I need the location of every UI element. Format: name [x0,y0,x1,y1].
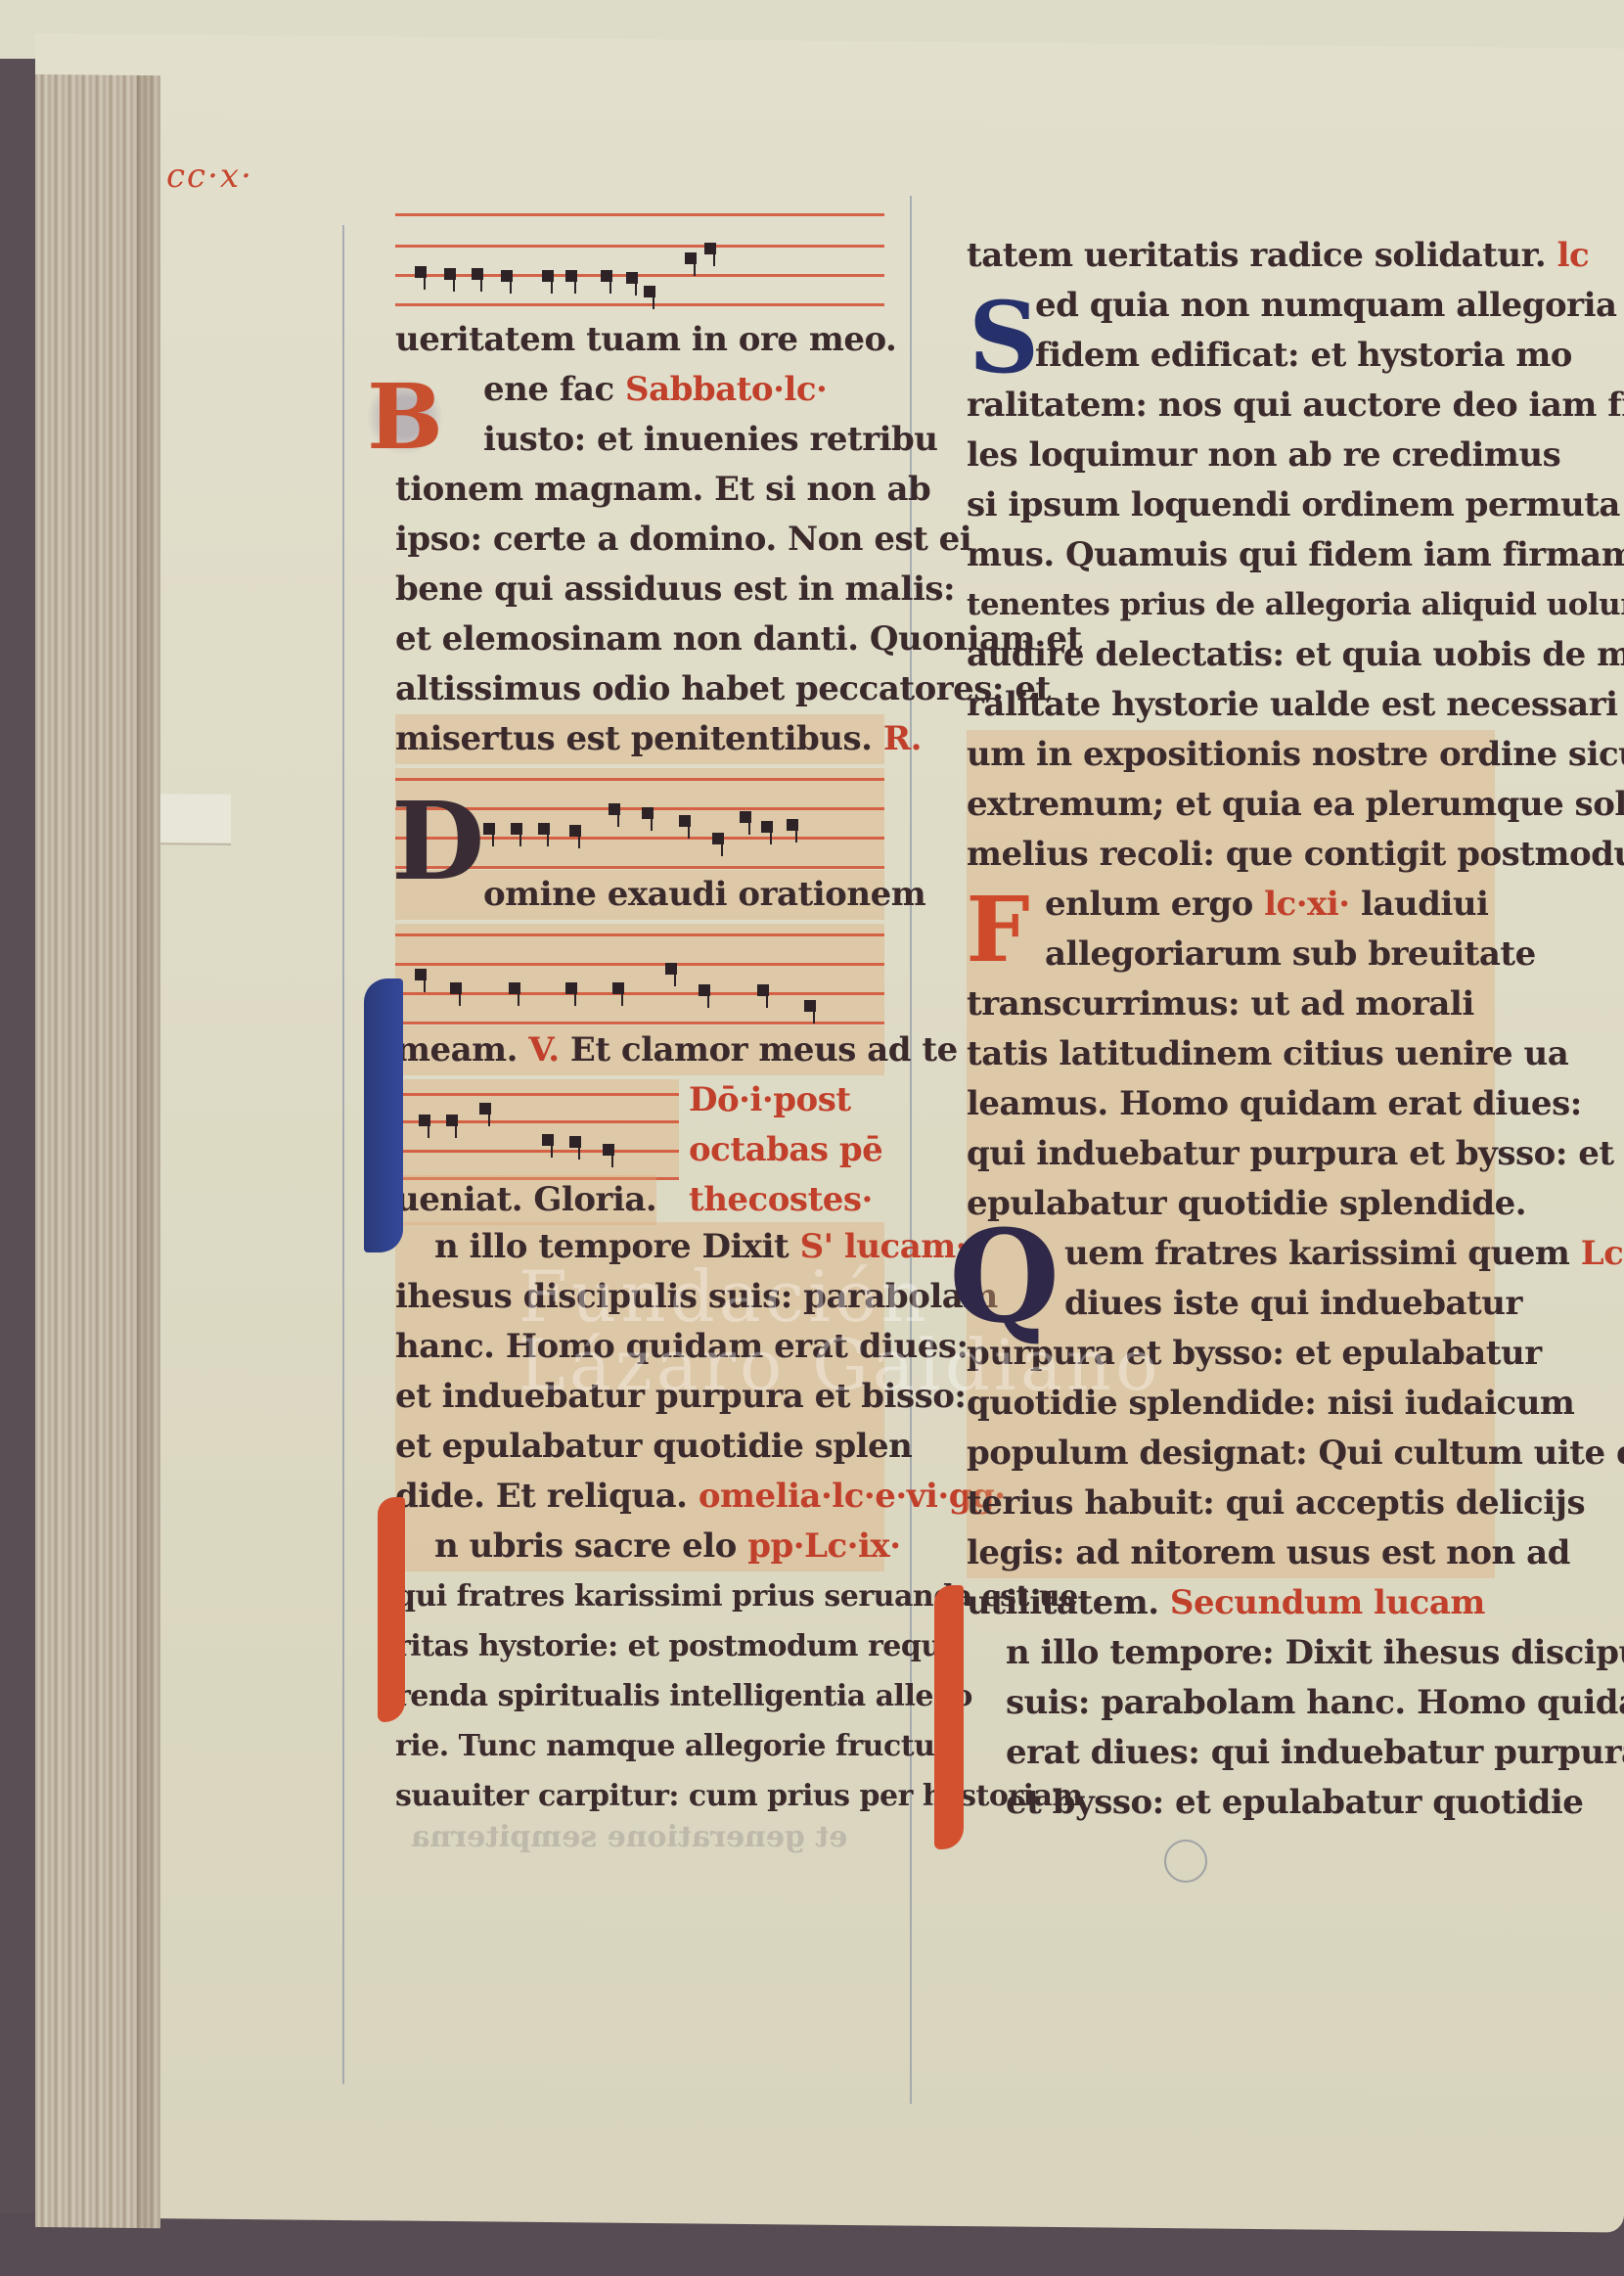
text-line: suauiter carpitur: cum prius per hystori… [395,1771,884,1821]
text-line: leamus. Homo quidam erat diues: [967,1079,1495,1129]
text-line: enlum ergo lc·xi· laudiui [967,880,1495,930]
text-line: rie. Tunc namque allegorie fructus [395,1721,884,1771]
rubric: Secundum lucam [1170,1583,1485,1622]
text-line: et elemosinam non danti. Quoniam et [395,615,884,664]
rubric: Sabbato·lc· [625,370,827,409]
illuminated-initial-d: D [391,783,479,900]
illuminated-initial-i-red-right [934,1585,964,1849]
text-line: bene qui assiduus est in malis: [395,565,884,615]
neume-icon [472,268,483,280]
rubric: Lc·xii· [1581,1234,1624,1273]
text-line: extremum; et quia ea plerumque solent [967,780,1495,830]
neume-icon [685,252,697,264]
illuminated-initial-i-blue [364,979,403,1252]
text-line: tenentes prius de allegoria aliquid uolu… [967,580,1495,630]
chant-text-line: meam. V. Et clamor meus ad te [395,1025,884,1075]
text-line: ipso: certe a domino. Non est ei [395,515,884,565]
right-column: tatem ueritatis radice solidatur. lc ed … [967,231,1495,1828]
rubric-block: Dō·i·post octabas pē thecostes· [689,1075,882,1225]
text-line: tatis latitudinem citius uenire ua [967,1029,1495,1079]
rubric-versicle: V. [528,1030,559,1070]
text-line: ed quia non numquam allegoria x· [967,281,1495,331]
text-line: qui induebatur purpura et bysso: et [967,1129,1495,1179]
text-line: misertus est penitentibus. R. [395,714,884,764]
chant-text-line: ueniat. Gloria. [395,1175,656,1225]
offset-show-through-text: et generatione sempiterna [411,1820,847,1854]
text-line: les loquimur non ab re credimus [967,431,1495,480]
page-tab [160,794,231,845]
text-line: ritas hystorie: et postmodum requi [395,1621,884,1671]
neume-icon [501,270,513,282]
text-line: n illo tempore: Dixit ihesus discipul [967,1628,1495,1678]
text-line: iusto: et inuenies retribu [395,415,884,465]
gutter-shadow [137,75,162,2228]
illuminated-initial-i-red [378,1497,405,1722]
text-line: audire delectatis: et quia uobis de mo [967,630,1495,680]
music-staff-4 [395,1079,679,1177]
neume-icon [704,243,716,254]
text-line: legis: ad nitorem usus est non ad [967,1528,1495,1578]
rubric: omelia·lc·e·vi·gg· [699,1477,1006,1516]
text-line: terius habuit: qui acceptis delicijs [967,1479,1495,1528]
rubric-line: Dō·i·post [689,1075,882,1125]
music-staff-1 [395,200,884,297]
rubric: pp·Lc·ix· [747,1526,900,1566]
text-line: mus. Quamuis qui fidem iam firmam [967,530,1495,580]
staff-with-rubric-block: Dō·i·post octabas pē thecostes· ueniat. … [395,1075,884,1222]
neume-icon [565,270,577,282]
neume-icon [542,270,554,282]
folio-number: cc·x· [166,157,253,196]
text-line: tatem ueritatis radice solidatur. lc [967,231,1495,281]
chant-text-line: ueritatem tuam in ore meo. [395,315,884,365]
text-line: melius recoli: que contigit postmodum [967,830,1495,880]
text-line: dide. Et reliqua. omelia·lc·e·vi·gg· [395,1472,884,1522]
watermark: Fundación Lázaro Galdiano [519,1262,1203,1399]
text-line: qui fratres karissimi prius seruanda est… [395,1571,884,1621]
rubric-line: octabas pē [689,1125,882,1175]
text-line: tionem magnam. Et si non ab [395,465,884,515]
text-line: ralitate hystorie ualde est necessari [967,680,1495,730]
illuminated-initial-s: S [969,284,1037,391]
text-line: et bysso: et epulabatur quotidie [967,1778,1495,1828]
text-line: fidem edificat: et hystoria mo [967,331,1495,381]
pen-flourish-left [342,225,344,2084]
rubric: R. [883,719,922,758]
neume-icon [626,272,638,284]
rubric-line: thecostes· [689,1175,882,1225]
text-line: renda spiritualis intelligentia allego [395,1671,884,1721]
text-line: allegoriarum sub breuitate [967,930,1495,979]
neume-icon [644,286,655,297]
text-line: altissimus odio habet peccatores: et [395,664,884,714]
text-line: erat diues: qui induebatur purpura [967,1728,1495,1778]
text-line: suis: parabolam hanc. Homo quidam [967,1678,1495,1728]
pen-flourish-loop [1164,1840,1207,1883]
rubric: lc [1557,236,1590,275]
neume-icon [415,266,427,278]
neume-icon [601,270,612,282]
text-line: et epulabatur quotidie splen [395,1422,884,1472]
left-column: ueritatem tuam in ore meo. ene fac Sabba… [395,196,884,1821]
illuminated-initial-b: B [362,370,448,464]
text-line: populum designat: Qui cultum uite ex [967,1429,1495,1479]
text-line: n ubris sacre elo pp·Lc·ix· [395,1522,884,1571]
text-line: ralitatem: nos qui auctore deo iam fide [967,381,1495,431]
text-line: si ipsum loquendi ordinem permuta [967,480,1495,530]
illuminated-initial-f: F [959,881,1037,979]
rubric: lc·xi· [1264,885,1349,924]
text-line: transcurrimus: ut ad morali [967,979,1495,1029]
music-staff-3 [395,924,884,1022]
text-line: um in expositionis nostre ordine sicut [967,730,1495,780]
text-line: ene fac Sabbato·lc· [395,365,884,415]
neume-icon [444,268,456,280]
text-line: utilitatem. Secundum lucam [967,1578,1495,1628]
